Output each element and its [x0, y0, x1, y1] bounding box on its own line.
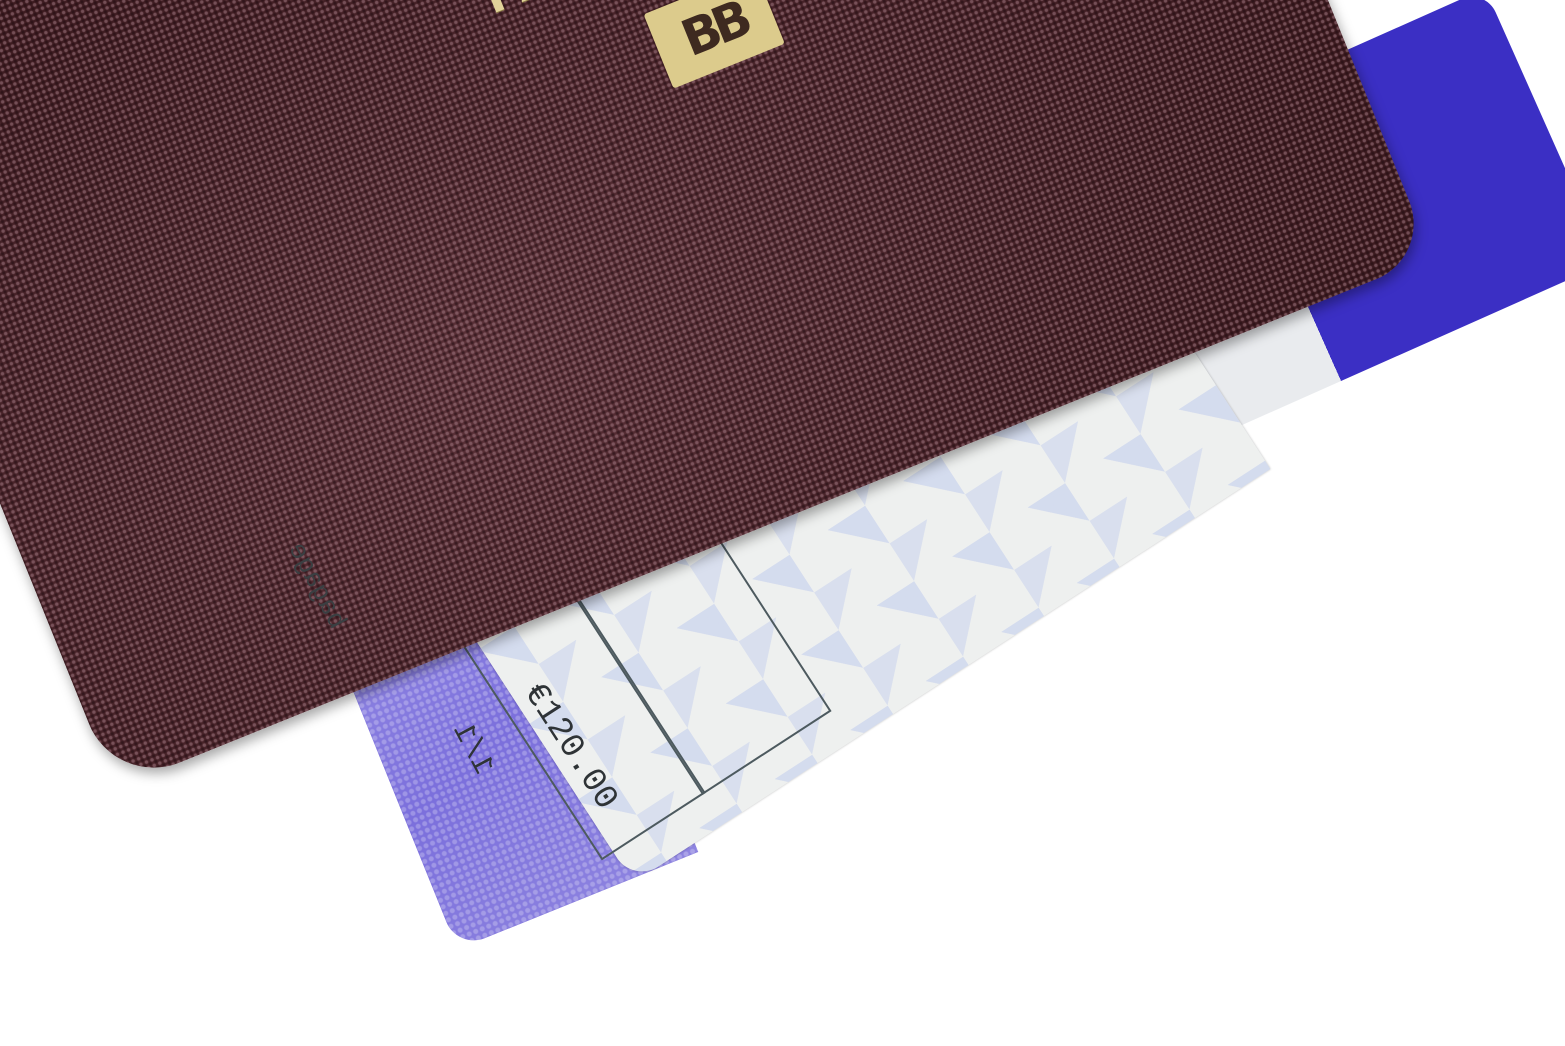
biometric-chip-icon: BB: [644, 0, 785, 89]
photo-scene: ADULTE 16u35 * CLASSE 2 * E ASSISE 57 €1…: [0, 0, 1565, 1046]
